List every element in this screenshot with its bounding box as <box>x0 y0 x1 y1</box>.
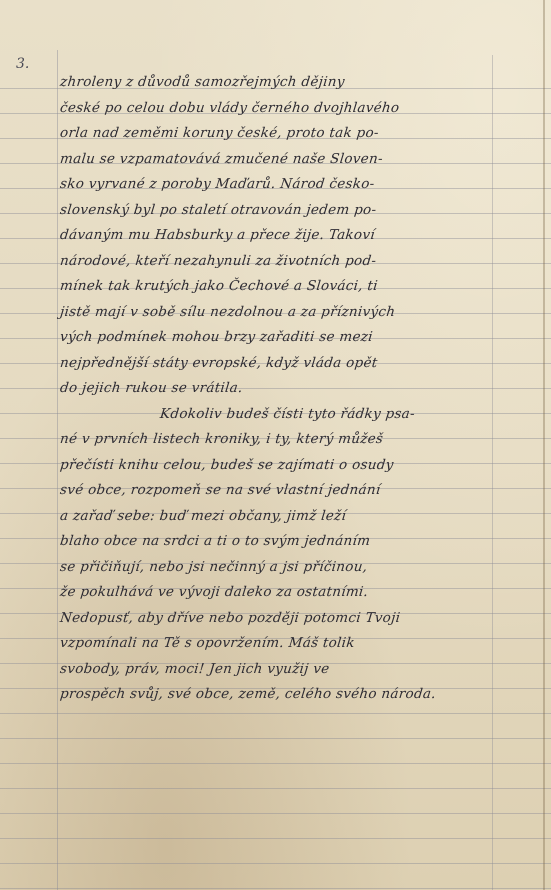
text-line: slovenský byl po staletí otravován jedem… <box>59 198 522 224</box>
text-line: české po celou dobu vlády černého dvojhl… <box>59 96 522 122</box>
text-line: své obce, rozpomeň se na své vlastní jed… <box>59 478 522 504</box>
text-line: blaho obce na srdci a ti o to svým jedná… <box>59 529 522 555</box>
text-line: dávaným mu Habsburky a přece žije. Takov… <box>59 223 522 249</box>
text-line: národové, kteří nezahynuli za životních … <box>59 249 522 275</box>
paragraph-start-line: Kdokoliv budeš čísti tyto řádky psa- <box>59 402 522 428</box>
text-line: prospěch svůj, své obce, země, celého sv… <box>59 682 522 708</box>
text-line: jistě mají v sobě sílu nezdolnou a za př… <box>59 300 522 326</box>
handwritten-text: zhroleny z důvodů samozřejmých dějiny če… <box>60 70 520 708</box>
text-line: Nedopusť, aby dříve nebo později potomci… <box>59 606 522 632</box>
text-line: sko vyrvané z poroby Maďarů. Národ česko… <box>59 172 522 198</box>
manuscript-page: 3. zhroleny z důvodů samozřejmých dějiny… <box>0 0 551 890</box>
text-line: svobody, práv, moci! Jen jich využij ve <box>59 657 522 683</box>
text-line: nejpřednější státy evropské, když vláda … <box>59 351 522 377</box>
text-line: a zařaď sebe: buď mezi občany, jimž leží <box>59 504 522 530</box>
left-margin-line <box>57 50 58 890</box>
text-line: zhroleny z důvodů samozřejmých dějiny <box>59 70 522 96</box>
text-line: mínek tak krutých jako Čechové a Slováci… <box>59 274 522 300</box>
page-edge <box>543 0 545 890</box>
text-line: vých podmínek mohou brzy zařaditi se mez… <box>59 325 522 351</box>
text-line: malu se vzpamatovává zmučené naše Sloven… <box>59 147 522 173</box>
page-number: 3. <box>16 56 29 72</box>
text-line: přečísti knihu celou, budeš se zajímati … <box>59 453 522 479</box>
text-line: že pokulhává ve vývoji daleko za ostatní… <box>59 580 522 606</box>
text-line: vzpomínali na Tě s opovržením. Máš tolik <box>59 631 522 657</box>
text-line: orla nad zeměmi koruny české, proto tak … <box>59 121 522 147</box>
text-line: se přičiňují, nebo jsi nečinný a jsi pří… <box>59 555 522 581</box>
text-line: né v prvních listech kroniky, i ty, kter… <box>59 427 522 453</box>
text-line: do jejich rukou se vrátila. <box>59 376 522 402</box>
